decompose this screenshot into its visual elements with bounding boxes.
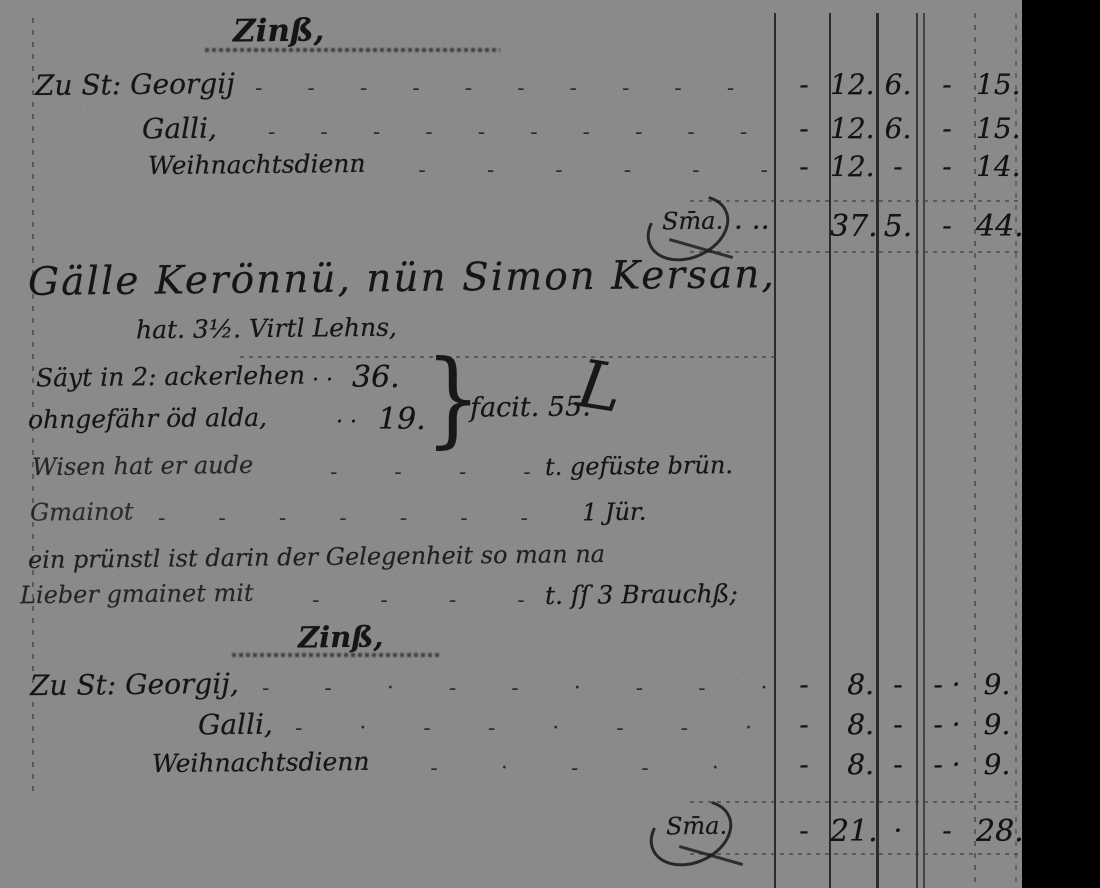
- summa2-rule-top: [690, 801, 1092, 803]
- section2-heading-underline: [232, 653, 440, 657]
- summa-row-2: Sm̄a. - 21. · - 28. -: [0, 806, 1100, 866]
- row-label: Weihnachtsdienn: [148, 149, 366, 180]
- field-label: Säyt in 2: ackerlehen: [36, 361, 305, 393]
- closing-row: Lieber gmainet mit - - - - - t. ſſ 3 Bra…: [0, 580, 1100, 626]
- field-value: 36.: [352, 360, 400, 395]
- note-label: Wisen hat er aude: [32, 451, 253, 481]
- field-value: 19.: [378, 402, 426, 437]
- summa-row-1: Sm̄a. · ·· 37. 5. - 44. -: [0, 203, 1100, 259]
- field-label: ohngefähr öd alda,: [28, 403, 267, 435]
- cell-f: -: [1018, 209, 1054, 242]
- cell-a: -: [782, 68, 826, 101]
- cell-d: -: [920, 112, 974, 145]
- dash-leader: - - · - - · - -: [360, 756, 768, 781]
- cell-f: -: [1018, 150, 1054, 183]
- cell-b: 8.: [830, 748, 874, 781]
- cell-a: -: [782, 150, 826, 183]
- cell-c: -: [880, 668, 916, 701]
- summa-dots: · ··: [734, 211, 770, 244]
- cell-f: -: [1018, 68, 1054, 101]
- cell-e: 28.: [976, 814, 1018, 849]
- cell-e: 9.: [976, 748, 1018, 781]
- note-row-2: Gmainot - - - - - - - - - 1 Jür.: [0, 498, 1100, 544]
- top-rule-line: [0, 13, 1100, 15]
- cell-e: 9.: [976, 668, 1018, 701]
- cell-c: -: [880, 708, 916, 741]
- dash-leader: - - - - - - - - -: [158, 506, 528, 531]
- row-label: Weihnachtsdienn: [152, 747, 370, 778]
- dash-leader: - - - - - -: [330, 460, 530, 485]
- ledger-row-weihnachts: Weihnachtsdienn - - - - - - - - - 12. - …: [0, 150, 1100, 196]
- cell-e: 9.: [976, 708, 1018, 741]
- cell-d: -: [920, 68, 974, 101]
- cell-a: -: [782, 112, 826, 145]
- summa-label: Sm̄a.: [662, 207, 723, 236]
- cell-a: -: [782, 708, 826, 741]
- cell-b: 12.: [830, 150, 874, 183]
- dash-leader: - - - - - - - - - - - - -: [268, 120, 768, 145]
- note-value: t. gefüste brün.: [545, 451, 733, 481]
- dash-leader: - · - - · - - · - -: [295, 716, 768, 741]
- dash-leader: - - · - - · - - · - -: [262, 676, 768, 701]
- closing-label: Lieber gmainet mit: [20, 579, 254, 609]
- ledger-row-weihnachts-2: Weihnachtsdienn - - · - - · - - - 8. - -…: [0, 748, 1100, 794]
- section1-heading-underline: [205, 48, 500, 52]
- cell-e: 15.: [976, 68, 1018, 101]
- cell-c: -: [880, 150, 916, 183]
- field-dots: · ·: [336, 410, 357, 435]
- cell-c: -: [880, 748, 916, 781]
- cell-e: 15.: [976, 112, 1018, 145]
- section1-heading: Zinß,: [233, 13, 325, 50]
- dash-leader: - - - - -: [312, 588, 532, 613]
- dash-leader: - - - - - - - - - - - - - -: [255, 76, 767, 101]
- cell-b: 8.: [830, 668, 874, 701]
- note-label: Gmainot: [30, 497, 134, 526]
- row-label: Zu St: Georgij: [35, 67, 235, 102]
- cell-f: -: [1018, 112, 1054, 145]
- row-label: Zu St: Georgij,: [30, 667, 239, 702]
- cell-a: -: [782, 668, 826, 701]
- cell-e: 14.: [976, 150, 1018, 183]
- cell-b: 21.: [830, 814, 874, 849]
- cell-b: 12.: [830, 68, 874, 101]
- cell-a: -: [782, 748, 826, 781]
- note-value: 1 Jür.: [582, 498, 647, 527]
- cell-c: 6.: [880, 112, 916, 145]
- summa-label: Sm̄a.: [666, 812, 727, 841]
- cell-f: -: [1018, 814, 1054, 847]
- note-row-1: Wisen hat er aude - - - - - - t. gefüste…: [0, 452, 1100, 498]
- ledger-row-georgij: Zu St: Georgij - - - - - - - - - - - - -…: [0, 68, 1100, 114]
- cell-d: -: [920, 814, 974, 847]
- cell-c: ·: [880, 814, 916, 847]
- cell-a: -: [782, 814, 826, 847]
- entry-title: Gälle Kerönnü, nün Simon Kersan,: [28, 252, 776, 305]
- manuscript-page: Zinß, Zu St: Georgij - - - - - - - - - -…: [0, 0, 1100, 888]
- paragraph-line: ein prünstl ist darin der Gelegenheit so…: [28, 540, 605, 574]
- row-label: Galli,: [142, 112, 217, 146]
- cell-b: 37.: [830, 209, 874, 244]
- closing-value: t. ſſ 3 Brauchß;: [545, 579, 738, 610]
- entry-subtitle: hat. 3½. Virtl Lehns,: [136, 313, 397, 345]
- cell-d: - ·: [920, 668, 974, 701]
- entry-divider-rule: [240, 356, 775, 358]
- cell-d: -: [920, 209, 974, 242]
- field-dots: · ·: [312, 368, 333, 393]
- cell-b: 8.: [830, 708, 874, 741]
- section2-heading: Zinß,: [298, 620, 384, 655]
- cell-b: 12.: [830, 112, 874, 145]
- cell-d: - ·: [920, 708, 974, 741]
- dash-leader: - - - - - - - -: [350, 158, 768, 183]
- row-label: Galli,: [198, 708, 273, 742]
- summa-rule-top: [690, 200, 1092, 202]
- cell-c: 5.: [880, 209, 916, 244]
- cell-d: - ·: [920, 748, 974, 781]
- cell-d: -: [920, 150, 974, 183]
- cell-e: 44.: [976, 209, 1018, 244]
- cell-c: 6.: [880, 68, 916, 101]
